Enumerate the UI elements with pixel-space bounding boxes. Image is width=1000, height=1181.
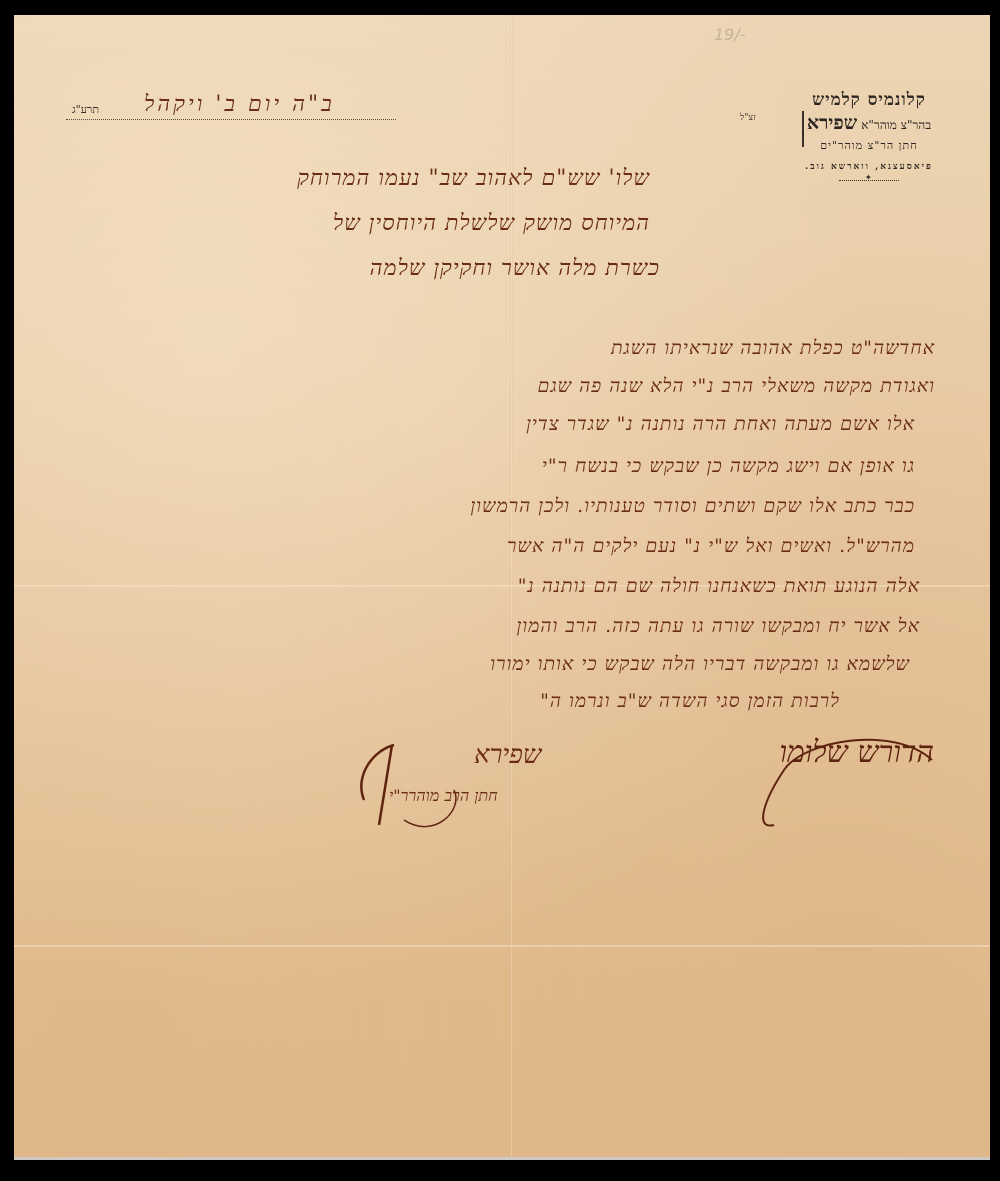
body-line-8: אל אשר יח ומבקשו שורה גו עתה כזה. הרב וה… — [516, 615, 920, 638]
letterhead-surname: שפירא — [807, 112, 857, 135]
body-line-6: מהרש"ל. ואשים ואל ש"י נ" נעם ילקים ה"ה א… — [507, 535, 915, 558]
letterhead-prefix: בהר"צ מוהר"א — [861, 118, 931, 133]
letter-paper: 19/- קלונמיס קלמיש בהר"צ מוהר"א שפירא זצ… — [14, 15, 990, 1160]
pencil-annotation: 19/- — [714, 25, 746, 44]
salutation-line-3: כשרת מלה אושר וחקיקן שלמה — [370, 255, 660, 281]
letterhead: קלונמיס קלמיש בהר"צ מוהר"א שפירא זצ"ל חת… — [754, 90, 984, 182]
horizontal-fold-crease-lower — [14, 945, 990, 947]
body-line-9: שלשמא גו ומבקשה דבריו הלה שבקש כי אותו י… — [490, 653, 910, 676]
letterhead-son-in-law: חתן הר"צ מוהר"ים — [754, 139, 984, 152]
signature-surname: שפירא — [474, 740, 541, 770]
letterhead-lineage: בהר"צ מוהר"א שפירא — [754, 112, 984, 135]
letterhead-name: קלונמיס קלמיש — [754, 90, 984, 110]
body-line-5: כבר כתב אלו שקם ושתים וסודר טענותיו. ולכ… — [470, 495, 915, 518]
signature-title: חתן הרב מוהרר"י — [389, 786, 498, 806]
ornament-divider-icon — [839, 180, 899, 182]
letterhead-location: פיאסעצנא, ווארשא גוב. — [754, 161, 984, 172]
handwritten-date: ב"ה יום ב' ויקהל — [144, 91, 335, 117]
printed-year: תרע"ג — [72, 103, 99, 116]
date-dotted-line — [66, 119, 396, 120]
body-line-2: ואגודת מקשה משאלי הרב נ"י הלא שנה פה שגם — [538, 375, 935, 398]
signature-block: הדורש שלומו שפירא חתן הרב מוהרר"י — [334, 730, 944, 845]
letterhead-memorial-abbrev: זצ"ל — [740, 112, 756, 123]
signature-main: הדורש שלומו — [779, 735, 934, 770]
body-line-10: לרבות הזמן סגי השדה ש"ב ונרמו ה" — [540, 690, 840, 713]
body-line-1: אחדשה"ט כפלת אהובה שנראיתו השגת — [611, 337, 935, 360]
body-line-3: אלו אשם מעתה ואחת הרה נותנה נ" שגדר צדין — [526, 413, 915, 436]
salutation-line-1: שלו' שש"ם לאהוב שב" נעמו המרוחק — [297, 165, 650, 191]
body-line-7: אלה הנוגע תואת כשאנחנו חולה שם הם נותנה … — [518, 575, 920, 598]
salutation-line-2: המיוחס מושק שלשלת היוחסין של — [333, 210, 650, 236]
body-line-4: גו אופן אם וישג מקשה כן שבקש כי בנשח ר"י — [542, 455, 915, 478]
letterhead-divider — [802, 111, 804, 147]
